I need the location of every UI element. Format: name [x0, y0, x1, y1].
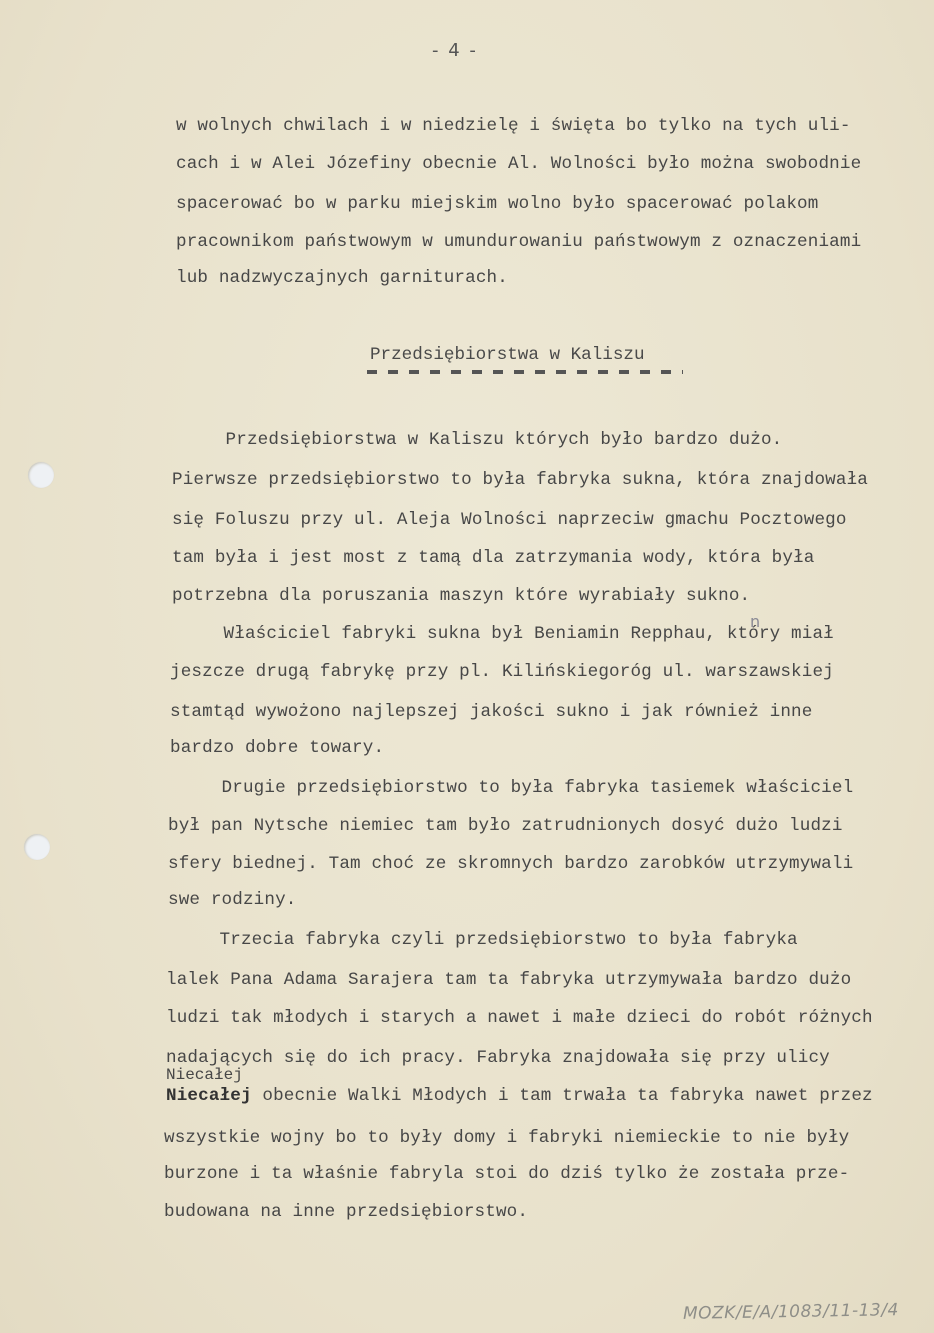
text-line: był pan Nytsche niemiec tam było zatrudn… [168, 816, 843, 836]
text-line: się Foluszu przy ul. Aleja Wolności napr… [172, 510, 847, 530]
text-line: Niecałej obecnie Walki Młodych i tam trw… [166, 1086, 873, 1106]
text-line: spacerować bo w parku miejskim wolno był… [176, 194, 818, 214]
text-line: lalek Pana Adama Sarajera tam ta fabryka… [166, 970, 851, 990]
text-line: Trzecia fabryka czyli przedsiębiorstwo t… [166, 930, 798, 950]
text-line: wszystkie wojny bo to były domy i fabryk… [164, 1128, 849, 1148]
text-line: jeszcze drugą fabrykę przy pl. Kilińskie… [170, 662, 834, 682]
text-line: sfery biednej. Tam choć ze skromnych bar… [168, 854, 853, 874]
text-line: tam była i jest most z tamą dla zatrzyma… [172, 548, 814, 568]
text-line: w wolnych chwilach i w niedzielę i święt… [176, 116, 851, 136]
text-line: potrzebna dla poruszania maszyn które wy… [172, 586, 750, 606]
text-line: burzone i ta właśnie fabryla stoi do dzi… [164, 1164, 849, 1184]
text-line: bardzo dobre towary. [170, 738, 384, 758]
text-line: stamtąd wywożono najlepszej jakości sukn… [170, 702, 812, 722]
struck-word: Niecałej [166, 1086, 252, 1106]
text-line: Właściciel fabryki sukna był Beniamin Re… [170, 624, 834, 644]
punch-hole-bottom [24, 834, 50, 860]
section-heading: Przedsiębiorstwa w Kaliszu [370, 345, 645, 365]
text-line: cach i w Alei Józefiny obecnie Al. Wolno… [176, 154, 861, 174]
text-line: lub nadzwyczajnych garniturach. [176, 268, 508, 288]
text-line: Przedsiębiorstwa w Kaliszu których było … [172, 430, 782, 450]
heading-underline [367, 370, 683, 374]
punch-hole-top [28, 462, 54, 488]
typed-insertion: Niecałej [166, 1066, 243, 1084]
text-line: nadających się do ich pracy. Fabryka zna… [166, 1048, 830, 1068]
text-line: Drugie przedsiębiorstwo to była fabryka … [168, 778, 853, 798]
text-line: swe rodziny. [168, 890, 297, 910]
text-line: pracownikom państwowym w umundurowaniu p… [176, 232, 861, 252]
archive-signature: MOZK/E/A/1083/11-13/4 [683, 1300, 899, 1324]
page-number: - 4 - [432, 40, 478, 61]
text-line: ludzi tak młodych i starych a nawet i ma… [166, 1008, 873, 1028]
text-line: Pierwsze przedsiębiorstwo to była fabryk… [172, 470, 868, 490]
text-line-rest: obecnie Walki Młodych i tam trwała ta fa… [252, 1086, 873, 1106]
text-line: budowana na inne przedsiębiorstwo. [164, 1202, 528, 1222]
document-page: - 4 - w wolnych chwilach i w niedzielę i… [0, 0, 934, 1333]
